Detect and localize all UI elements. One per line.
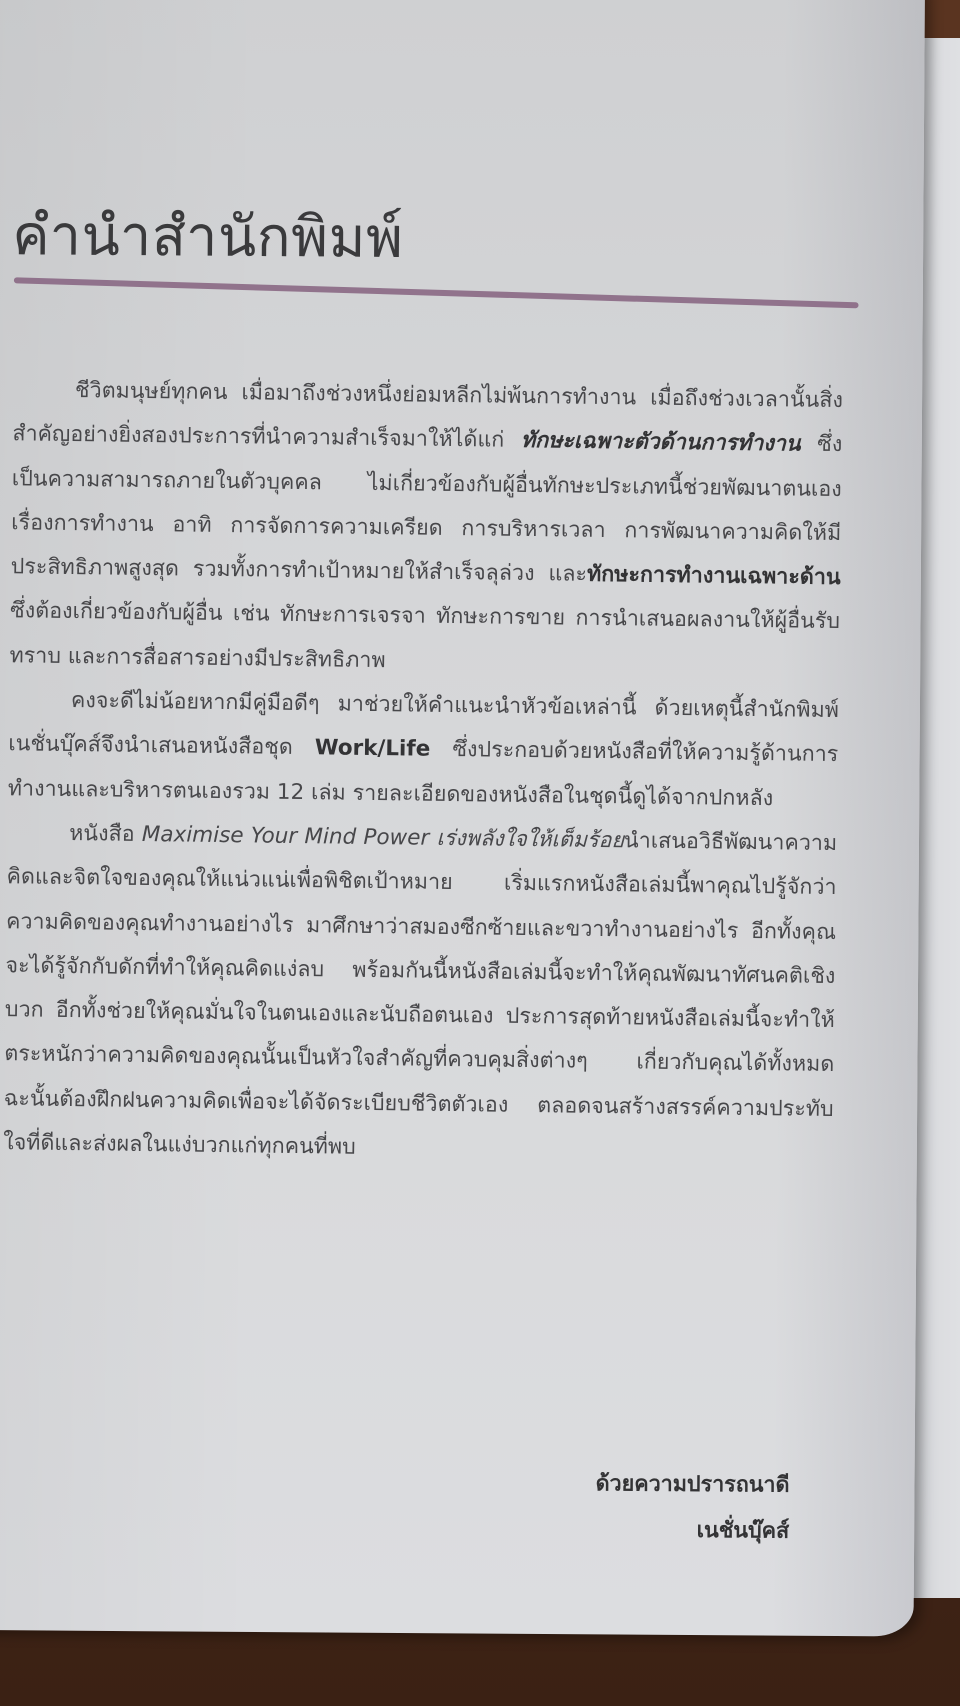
paragraph-2: คงจะดีไม่น้อยหากมีคู่มือดีๆ มาช่วยให้คำแ…: [7, 678, 839, 822]
paragraph-3-seg-1: หนังสือ: [69, 821, 142, 847]
paragraph-3: หนังสือ Maximise Your Mind Power เร่งพลั…: [3, 811, 838, 1176]
series-name-work-life: Work/Life: [315, 736, 431, 763]
foreword-body: ชีวิตมนุษย์ทุกคน เมื่อมาถึงช่วงหนึ่งย่อม…: [3, 368, 843, 1176]
paragraph-1-seg-5: ซึ่งต้องเกี่ยวข้องกับผู้อื่น เช่น ทักษะก…: [9, 599, 840, 673]
signature-publisher: เนชั่นบุ๊คส์: [595, 1507, 789, 1554]
book-title-italic: Maximise Your Mind Power เร่งพลังใจให้เต…: [142, 822, 625, 853]
signature-block: ด้วยความปรารถนาดี เนชั่นบุ๊คส์: [595, 1461, 790, 1554]
page-title: คำนำสำนักพิมพ์: [12, 190, 404, 282]
book-page: คำนำสำนักพิมพ์ ชีวิตมนุษย์ทุกคน เมื่อมาถ…: [0, 0, 925, 1637]
paragraph-1-seg-2-emphasis: ทักษะเฉพาะตัวด้านการทำงาน: [521, 428, 801, 457]
page-content: คำนำสำนักพิมพ์ ชีวิตมนุษย์ทุกคน เมื่อมาถ…: [0, 0, 900, 6]
paragraph-1: ชีวิตมนุษย์ทุกคน เมื่อมาถึงช่วงหนึ่งย่อม…: [9, 368, 843, 689]
paragraph-1-seg-4-emphasis: ทักษะการทำงานเฉพาะด้าน: [587, 562, 841, 590]
paragraph-3-seg-3: นำเสนอวิธีพัฒนาความคิดและจิตใจของคุณให้แ…: [3, 828, 837, 1160]
signature-closing: ด้วยความปรารถนาดี: [595, 1461, 789, 1508]
title-underline-rule: [14, 277, 859, 308]
